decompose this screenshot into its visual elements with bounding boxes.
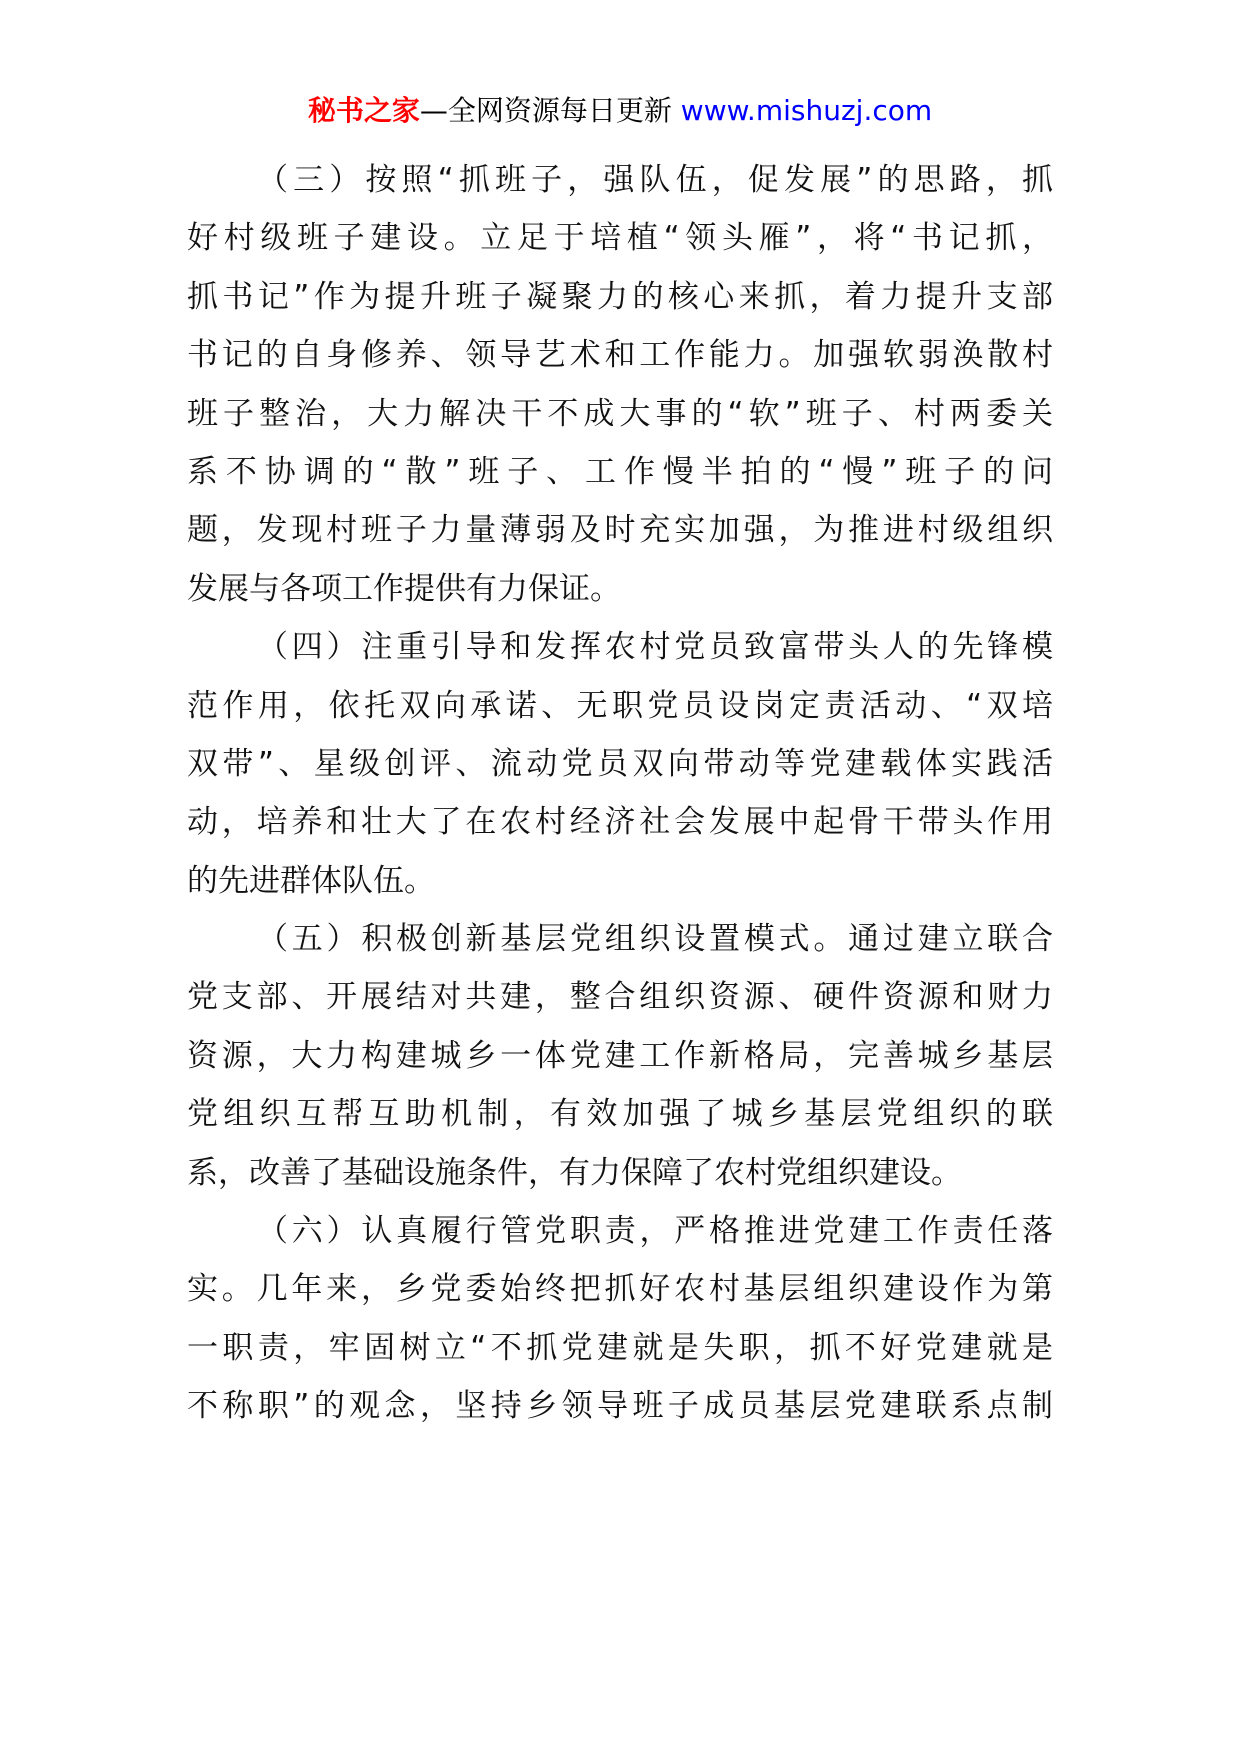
- paragraph-line: （五）积极创新基层党组织设置模式。通过建立联合: [187, 919, 1053, 977]
- paragraph-line: 资源，大力构建城乡一体党建工作新格局，完善城乡基层: [187, 1036, 1053, 1094]
- paragraph-line: 题，发现村班子力量薄弱及时充实加强，为推进村级组织: [187, 510, 1053, 568]
- paragraph-line: 系，改善了基础设施条件，有力保障了农村党组织建设。: [187, 1153, 1053, 1211]
- paragraph-line: 系不协调的“散”班子、工作慢半拍的“慢”班子的问: [187, 452, 1053, 510]
- paragraph-4: （四）注重引导和发挥农村党员致富带头人的先锋模 范作用，依托双向承诺、无职党员设…: [187, 627, 1053, 919]
- paragraph-line: （四）注重引导和发挥农村党员致富带头人的先锋模: [187, 627, 1053, 685]
- paragraph-line: 双带”、星级创评、流动党员双向带动等党建载体实践活: [187, 744, 1053, 802]
- paragraph-line: 抓书记”作为提升班子凝聚力的核心来抓，着力提升支部: [187, 277, 1053, 335]
- site-url-link[interactable]: www.mishuzj.com: [681, 94, 932, 127]
- paragraph-line: 实。几年来，乡党委始终把抓好农村基层组织建设作为第: [187, 1269, 1053, 1327]
- paragraph-line: 书记的自身修养、领导艺术和工作能力。加强软弱涣散村: [187, 335, 1053, 393]
- paragraph-line: 范作用，依托双向承诺、无职党员设岗定责活动、“双培: [187, 686, 1053, 744]
- paragraph-line: 党支部、开展结对共建，整合组织资源、硬件资源和财力: [187, 977, 1053, 1035]
- paragraph-line: 的先进群体队伍。: [187, 861, 1053, 919]
- paragraph-5: （五）积极创新基层党组织设置模式。通过建立联合 党支部、开展结对共建，整合组织资…: [187, 919, 1053, 1211]
- paragraph-line: （六）认真履行管党职责，严格推进党建工作责任落: [187, 1211, 1053, 1269]
- document-body: （三）按照“抓班子，强队伍，促发展”的思路，抓 好村级班子建设。立足于培植“领头…: [187, 160, 1053, 1445]
- paragraph-line: 不称职”的观念，坚持乡领导班子成员基层党建联系点制: [187, 1386, 1053, 1444]
- paragraph-line: 一职责，牢固树立“不抓党建就是失职，抓不好党建就是: [187, 1328, 1053, 1386]
- site-header: 秘书之家—全网资源每日更新 www.mishuzj.com: [0, 88, 1240, 134]
- paragraph-line: 发展与各项工作提供有力保证。: [187, 569, 1053, 627]
- paragraph-6: （六）认真履行管党职责，严格推进党建工作责任落 实。几年来，乡党委始终把抓好农村…: [187, 1211, 1053, 1445]
- brand-name: 秘书之家: [308, 94, 420, 127]
- paragraph-line: 好村级班子建设。立足于培植“领头雁”，将“书记抓，: [187, 218, 1053, 276]
- header-tagline: —全网资源每日更新: [420, 94, 672, 127]
- paragraph-line: （三）按照“抓班子，强队伍，促发展”的思路，抓: [187, 160, 1053, 218]
- paragraph-3: （三）按照“抓班子，强队伍，促发展”的思路，抓 好村级班子建设。立足于培植“领头…: [187, 160, 1053, 627]
- paragraph-line: 党组织互帮互助机制，有效加强了城乡基层党组织的联: [187, 1094, 1053, 1152]
- paragraph-line: 班子整治，大力解决干不成大事的“软”班子、村两委关: [187, 394, 1053, 452]
- paragraph-line: 动，培养和壮大了在农村经济社会发展中起骨干带头作用: [187, 802, 1053, 860]
